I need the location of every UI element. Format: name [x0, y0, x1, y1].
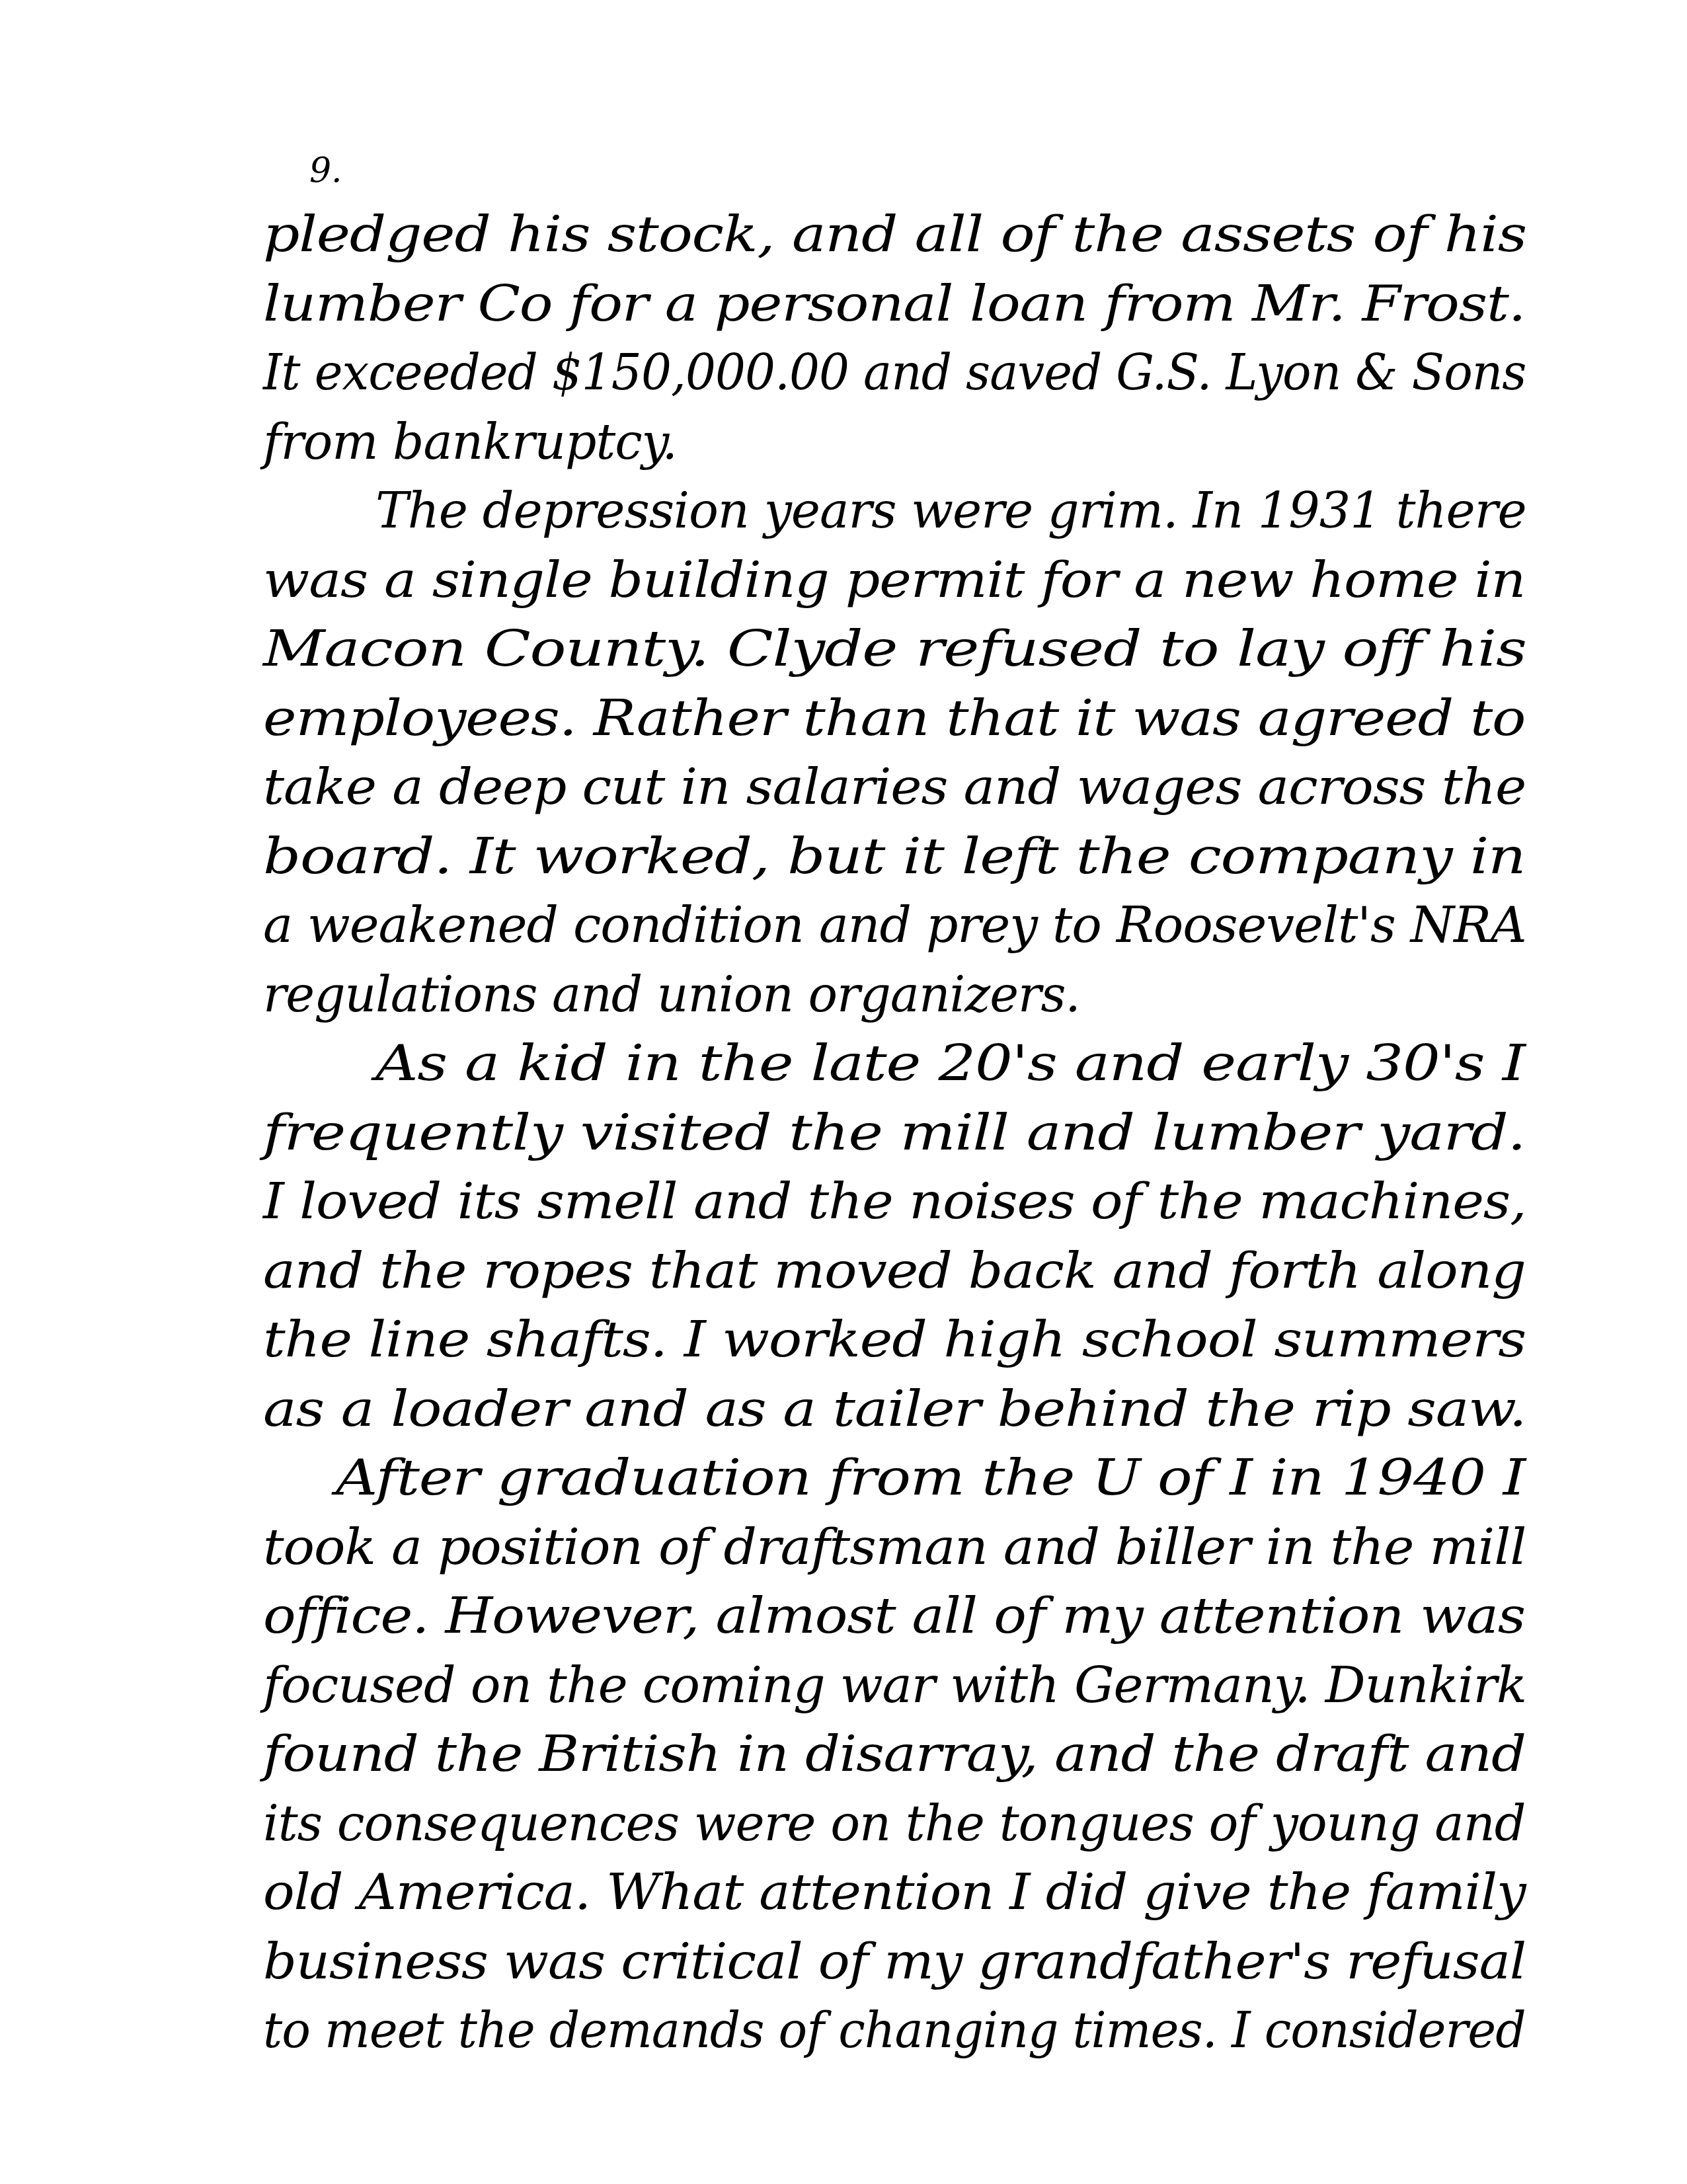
manuscript-page: 9. pledged his stock, and all of the ass…: [0, 0, 1687, 2184]
text-line: found the British in disarray, and the d…: [263, 1730, 1526, 1779]
text-line: It exceeded $150,000.00 and saved G.S. L…: [263, 348, 1526, 397]
text-line: a weakened condition and prey to Rooseve…: [263, 901, 1526, 950]
text-line: its consequences were on the tongues of …: [263, 1799, 1525, 1848]
text-line: frequently visited the mill and lumber y…: [263, 1109, 1525, 1157]
text-line: lumber Co for a personal loan from Mr. F…: [263, 280, 1525, 329]
text-line: old America. What attention I did give t…: [263, 1868, 1526, 1917]
text-line: take a deep cut in salaries and wages ac…: [263, 763, 1526, 812]
text-line: regulations and union organizers.: [263, 970, 1080, 1019]
text-line: was a single building permit for a new h…: [263, 556, 1525, 605]
text-line: board. It worked, but it left the compan…: [263, 832, 1525, 881]
paragraph-start-line: As a kid in the late 20's and early 30's…: [375, 1039, 1525, 1088]
text-line: office. However, almost all of my attent…: [263, 1592, 1525, 1641]
text-line: took a position of draftsman and biller …: [263, 1523, 1526, 1572]
text-line: as a loader and as a tailer behind the r…: [263, 1385, 1526, 1434]
text-line: I loved its smell and the noises of the …: [263, 1177, 1526, 1226]
paragraph-start-line: After graduation from the U of I in 1940…: [336, 1454, 1525, 1502]
page-number: 9.: [309, 153, 342, 188]
text-line: and the ropes that moved back and forth …: [263, 1247, 1526, 1296]
text-line: pledged his stock, and all of the assets…: [263, 210, 1526, 259]
text-line: Macon County. Clyde refused to lay off h…: [263, 625, 1526, 674]
text-line: focused on the coming war with Germany. …: [263, 1661, 1526, 1710]
paragraph-start-line: The depression years were grim. In 1931 …: [375, 487, 1526, 535]
text-line: business was critical of my grandfather'…: [263, 1937, 1526, 1986]
text-line: employees. Rather than that it was agree…: [263, 694, 1525, 743]
text-line: the line shafts. I worked high school su…: [263, 1315, 1526, 1364]
text-line: from bankruptcy.: [263, 418, 677, 467]
text-line: to meet the demands of changing times. I…: [263, 2006, 1526, 2055]
